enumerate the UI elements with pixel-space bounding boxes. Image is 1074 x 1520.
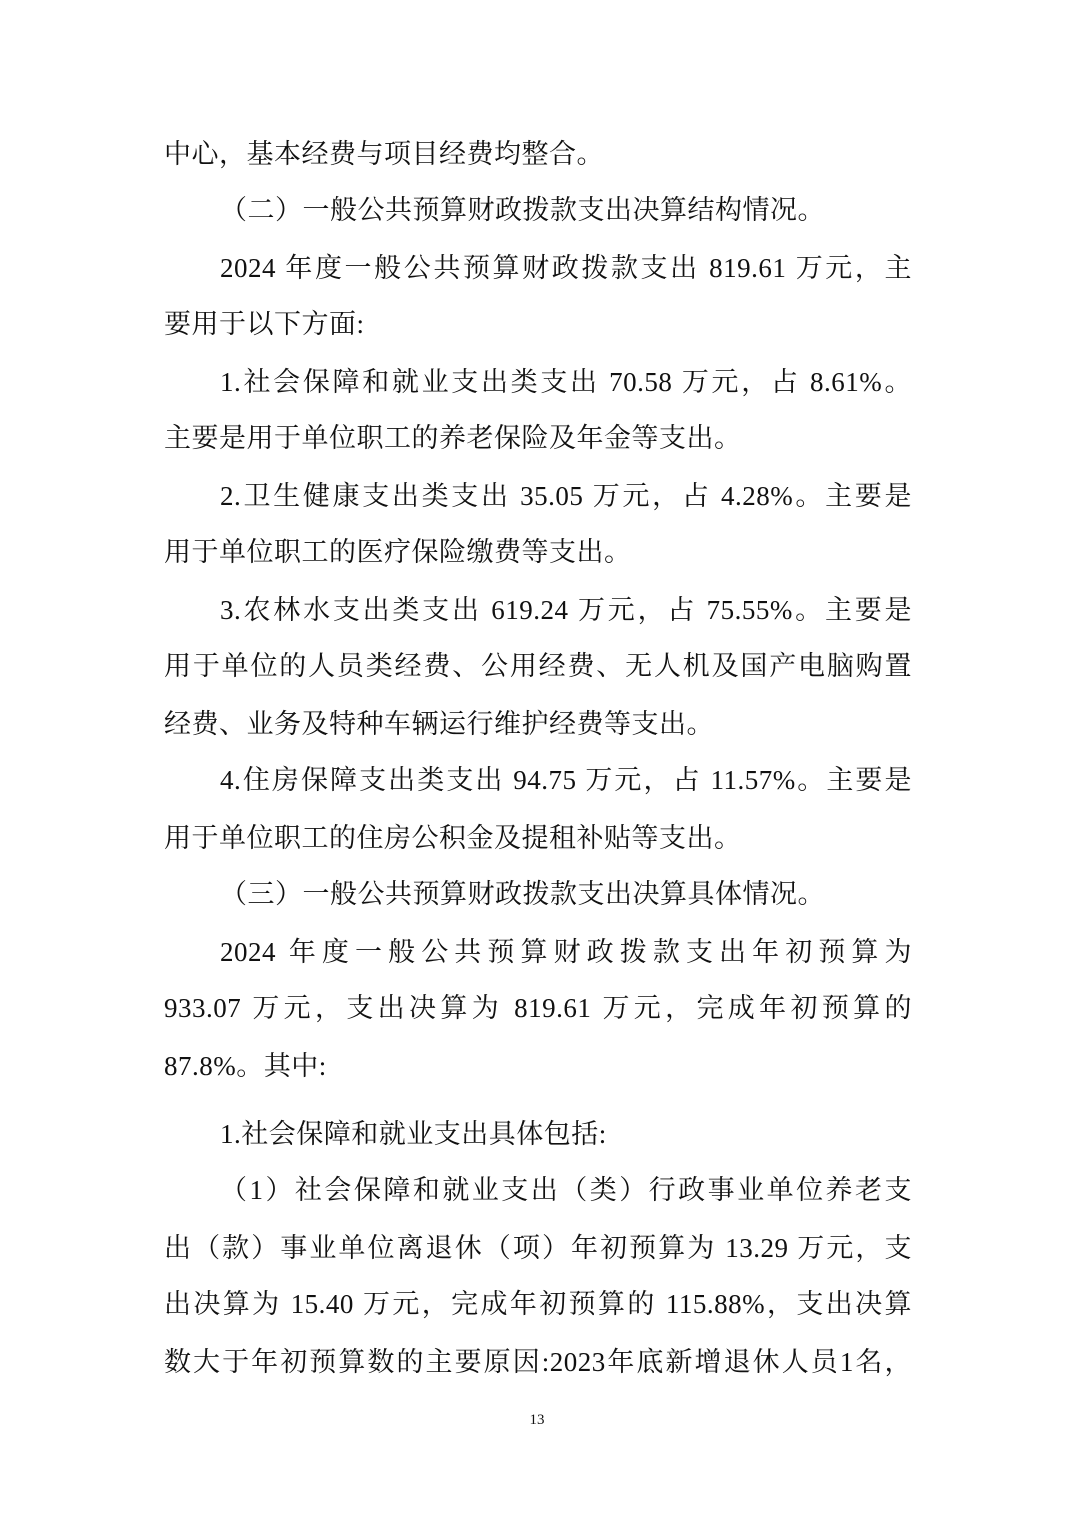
paragraph-line: 933.07 万元，支出决算为 819.61 万元，完成年初预算的 [164,988,912,1028]
list-item-social-security: 1.社会保障和就业支出类支出 70.58 万元，占 8.61%。 [220,362,912,402]
list-item-housing: 4.住房保障支出类支出 94.75 万元，占 11.57%。主要是 [220,760,912,800]
paragraph-line: 2024 年度一般公共预算财政拨款支出 819.61 万元，主 [220,248,912,288]
paragraph-line: 经费、业务及特种车辆运行维护经费等支出。 [164,704,714,744]
subsection-heading: 1.社会保障和就业支出具体包括: [220,1114,607,1154]
paragraph-line: 用于单位职工的医疗保险缴费等支出。 [164,532,632,572]
list-item-agriculture: 3.农林水支出类支出 619.24 万元，占 75.55%。主要是 [220,590,912,630]
paragraph-line: 出决算为 15.40 万元，完成年初预算的 115.88%，支出决算 [164,1284,912,1324]
section-heading-3: （三）一般公共预算财政拨款支出决算具体情况。 [220,874,825,914]
paragraph-line: 出（款）事业单位离退休（项）年初预算为 13.29 万元，支 [164,1228,912,1268]
paragraph-line: 用于单位的人员类经费、公用经费、无人机及国产电脑购置 [164,646,912,686]
page-number: 13 [0,1410,1074,1430]
paragraph-line: 2024 年度一般公共预算财政拨款支出年初预算为 [220,932,912,972]
section-heading-2: （二）一般公共预算财政拨款支出决算结构情况。 [220,190,825,230]
paragraph-line: 数大于年初预算数的主要原因:2023年底新增退休人员1名， [164,1342,912,1382]
paragraph-line: 用于单位职工的住房公积金及提租补贴等支出。 [164,818,742,858]
paragraph-line: 要用于以下方面: [164,304,365,344]
list-item-health: 2.卫生健康支出类支出 35.05 万元，占 4.28%。主要是 [220,476,912,516]
paragraph-line: 中心，基本经费与项目经费均整合。 [164,134,604,174]
paragraph-line: 87.8%。其中: [164,1046,327,1086]
paragraph-line: （1）社会保障和就业支出（类）行政事业单位养老支 [220,1170,912,1210]
paragraph-line: 主要是用于单位职工的养老保险及年金等支出。 [164,418,742,458]
